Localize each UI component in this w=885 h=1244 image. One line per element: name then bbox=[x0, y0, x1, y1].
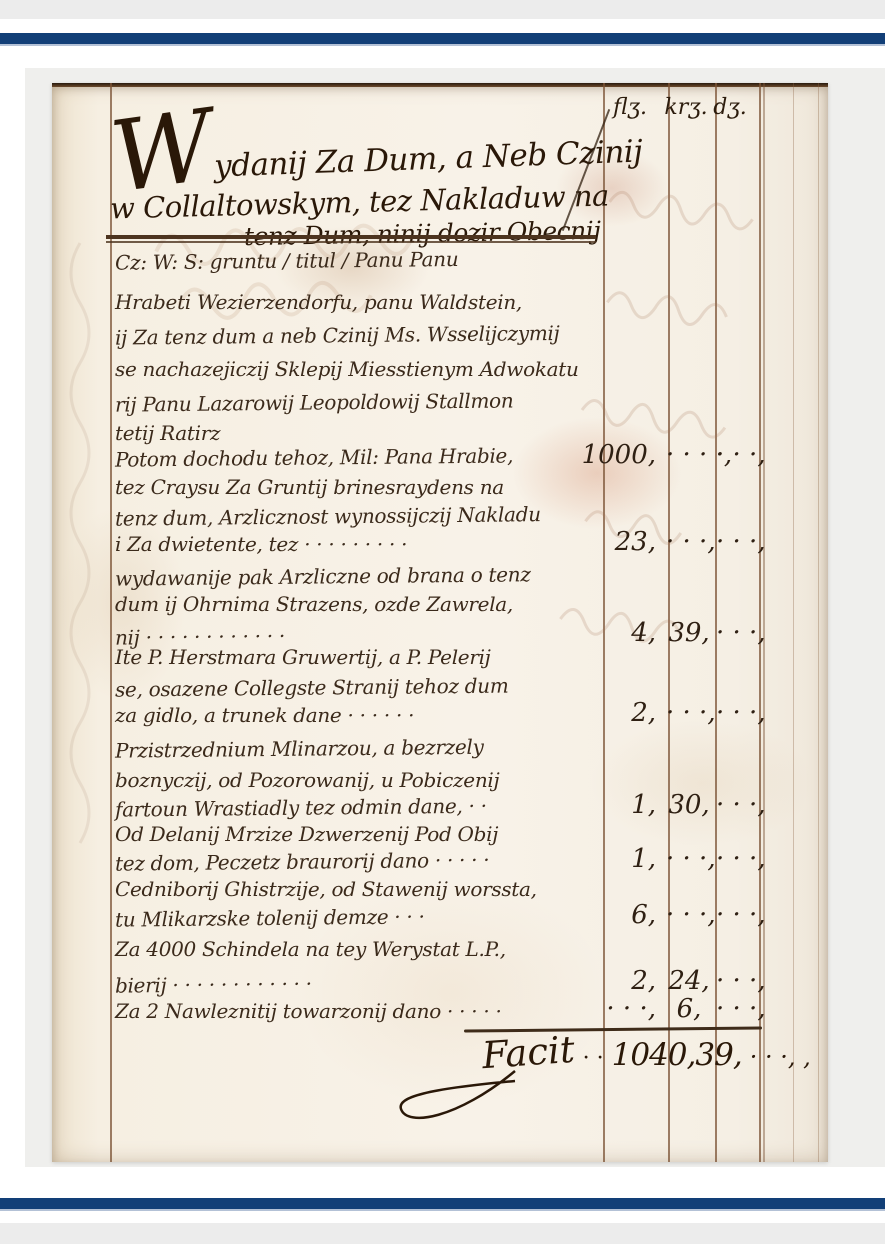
facit-trail: · · ·, , bbox=[750, 1043, 811, 1071]
entry-text: Ite P. Herstmara Gruwertij, a P. Pelerij bbox=[115, 645, 615, 669]
screenshot-root: { "colors": { "navy_bar": "#123f77", "na… bbox=[0, 0, 885, 1244]
facit-total-row: Facit · · 1040,39, · · ·, , bbox=[482, 1031, 811, 1074]
manuscript-page: flʒ. krʒ. dʒ. W ydanij Za Dum, a Neb Czi… bbox=[52, 83, 828, 1162]
heading-underline bbox=[106, 241, 596, 243]
scan-backdrop: flʒ. krʒ. dʒ. W ydanij Za Dum, a Neb Czi… bbox=[25, 68, 885, 1167]
entry-text: dum ij Ohrnima Strazens, ozde Zawrela, bbox=[115, 592, 615, 616]
amount-fl: 1, bbox=[564, 790, 656, 820]
ledger-line: Hrabeti Wezierzendorfu, panu Waldstein, bbox=[52, 290, 828, 320]
ledger-line: tez dom, Peczetz braurorij dano · · · · … bbox=[52, 849, 828, 879]
amount-d: · · ·, bbox=[716, 698, 760, 728]
amount-kr: 39, bbox=[666, 618, 712, 648]
entry-text: Przistrzednium Mlinarzou, a bezrzely bbox=[115, 733, 615, 762]
paper-top-edge bbox=[52, 83, 828, 87]
facit-amount: 1040,39, bbox=[612, 1037, 742, 1073]
entry-text: ij Za tenz dum a neb Czinij Ms. Wsselijc… bbox=[115, 320, 615, 349]
entry-text: se, osazene Collegste Stranij tehoz dum bbox=[115, 672, 615, 701]
entry-text: tez dom, Peczetz braurorij dano · · · · … bbox=[115, 846, 615, 875]
amount-kr: · · ·, bbox=[666, 900, 712, 930]
entry-text: boznyczij, od Pozorowanij, u Pobiczenij bbox=[115, 768, 615, 792]
entry-text: Cedniborij Ghistrzije, od Stawenij worss… bbox=[115, 877, 615, 901]
ledger-line: za gidlo, a trunek dane · · · · · ·2,· ·… bbox=[52, 703, 828, 733]
amount-d: · · ·, bbox=[716, 844, 760, 874]
entry-text: tetij Ratirz bbox=[115, 421, 615, 445]
ledger-line: fartoun Wrastiadly tez odmin dane, · ·1,… bbox=[52, 795, 828, 825]
top-gray-band bbox=[0, 0, 885, 19]
bottom-navy-bar bbox=[0, 1198, 885, 1211]
amount-d: · · ·, bbox=[716, 900, 760, 930]
heading-underline bbox=[106, 235, 596, 239]
heading-line-1: ydanij Za Dum, a Neb Czinij bbox=[214, 134, 643, 185]
ledger-line: se nachazejiczij Sklepij Miesstienym Adw… bbox=[52, 357, 828, 387]
entry-text: tu Mlikarzske tolenij demze · · · bbox=[115, 902, 615, 931]
ledger-line: Ite P. Herstmara Gruwertij, a P. Pelerij bbox=[52, 645, 828, 675]
amount-kr: 24, bbox=[666, 966, 712, 996]
facit-dots: · · bbox=[583, 1046, 604, 1071]
facit-label: Facit bbox=[481, 1028, 576, 1077]
ledger-line: wydawanije pak Arzliczne od brana o tenz bbox=[52, 564, 828, 594]
entry-text: fartoun Wrastiadly tez odmin dane, · · bbox=[115, 792, 615, 821]
column-header-kreuzer: krʒ. bbox=[660, 95, 712, 120]
entry-text: se nachazejiczij Sklepij Miesstienym Adw… bbox=[115, 357, 615, 381]
amount-kr: · · ·, bbox=[666, 527, 712, 557]
entry-text: Za 2 Nawleznitij towarzonij dano · · · ·… bbox=[115, 999, 615, 1023]
amount-kr: 30, bbox=[666, 790, 712, 820]
entry-text: tenz dum, Arzlicznost wynossijczij Nakla… bbox=[115, 501, 615, 530]
amount-fl: 2, bbox=[564, 966, 656, 996]
ledger-line: Za 4000 Schindela na tey Werystat L.P., bbox=[52, 937, 828, 967]
amount-fl: · · ·, bbox=[564, 994, 656, 1024]
ledger-line: Cz: W: S: gruntu / titul / Panu Panu bbox=[52, 248, 828, 278]
amount-d: · · ·, bbox=[716, 440, 760, 470]
entry-text: rij Panu Lazarowij Leopoldowij Stallmon bbox=[115, 387, 615, 416]
amount-kr: · · · ·, bbox=[666, 440, 712, 470]
amount-kr: 6, bbox=[666, 994, 712, 1024]
top-navy-bar bbox=[0, 33, 885, 46]
entry-text: Za 4000 Schindela na tey Werystat L.P., bbox=[115, 937, 615, 961]
amount-d: · · ·, bbox=[716, 790, 760, 820]
amount-kr: · · ·, bbox=[666, 844, 712, 874]
bottom-gray-band bbox=[0, 1223, 885, 1244]
ledger-line: Potom dochodu tehoz, Mil: Pana Hrabie,10… bbox=[52, 445, 828, 475]
entry-text: wydawanije pak Arzliczne od brana o tenz bbox=[115, 561, 615, 590]
amount-fl: 1000, bbox=[564, 440, 656, 470]
amount-d: · · ·, bbox=[716, 527, 760, 557]
amount-d: · · ·, bbox=[716, 618, 760, 648]
entry-text: Cz: W: S: gruntu / titul / Panu Panu bbox=[115, 245, 615, 274]
amount-fl: 23, bbox=[564, 527, 656, 557]
ledger-line: ij Za tenz dum a neb Czinij Ms. Wsselijc… bbox=[52, 323, 828, 353]
ledger-line: Przistrzednium Mlinarzou, a bezrzely bbox=[52, 736, 828, 766]
amount-fl: 2, bbox=[564, 698, 656, 728]
amount-fl: 6, bbox=[564, 900, 656, 930]
ledger-line: Za 2 Nawleznitij towarzonij dano · · · ·… bbox=[52, 999, 828, 1029]
ledger-line: tez Craysu Za Gruntij brinesraydens na bbox=[52, 475, 828, 505]
amount-d: · · ·, bbox=[716, 994, 760, 1024]
ledger-line: tu Mlikarzske tolenij demze · · ·6,· · ·… bbox=[52, 905, 828, 935]
entry-text: bierij · · · · · · · · · · · · bbox=[115, 968, 615, 997]
entry-text: za gidlo, a trunek dane · · · · · · bbox=[115, 703, 615, 727]
entry-text: Potom dochodu tehoz, Mil: Pana Hrabie, bbox=[115, 442, 615, 471]
entry-text: Hrabeti Wezierzendorfu, panu Waldstein, bbox=[115, 290, 615, 314]
entry-text: Od Delanij Mrzize Dzwerzenij Pod Obij bbox=[115, 822, 615, 846]
amount-fl: 4, bbox=[564, 618, 656, 648]
amount-d: · · ·, bbox=[716, 966, 760, 996]
ledger-line: i Za dwietente, tez · · · · · · · · ·23,… bbox=[52, 532, 828, 562]
entry-text: tez Craysu Za Gruntij brinesraydens na bbox=[115, 475, 615, 499]
ledger-line: rij Panu Lazarowij Leopoldowij Stallmon bbox=[52, 390, 828, 420]
entry-text: i Za dwietente, tez · · · · · · · · · bbox=[115, 532, 615, 556]
amount-fl: 1, bbox=[564, 844, 656, 874]
column-header-denar: dʒ. bbox=[710, 95, 750, 120]
amount-kr: · · ·, bbox=[666, 698, 712, 728]
column-header-florin: flʒ. bbox=[604, 95, 656, 120]
